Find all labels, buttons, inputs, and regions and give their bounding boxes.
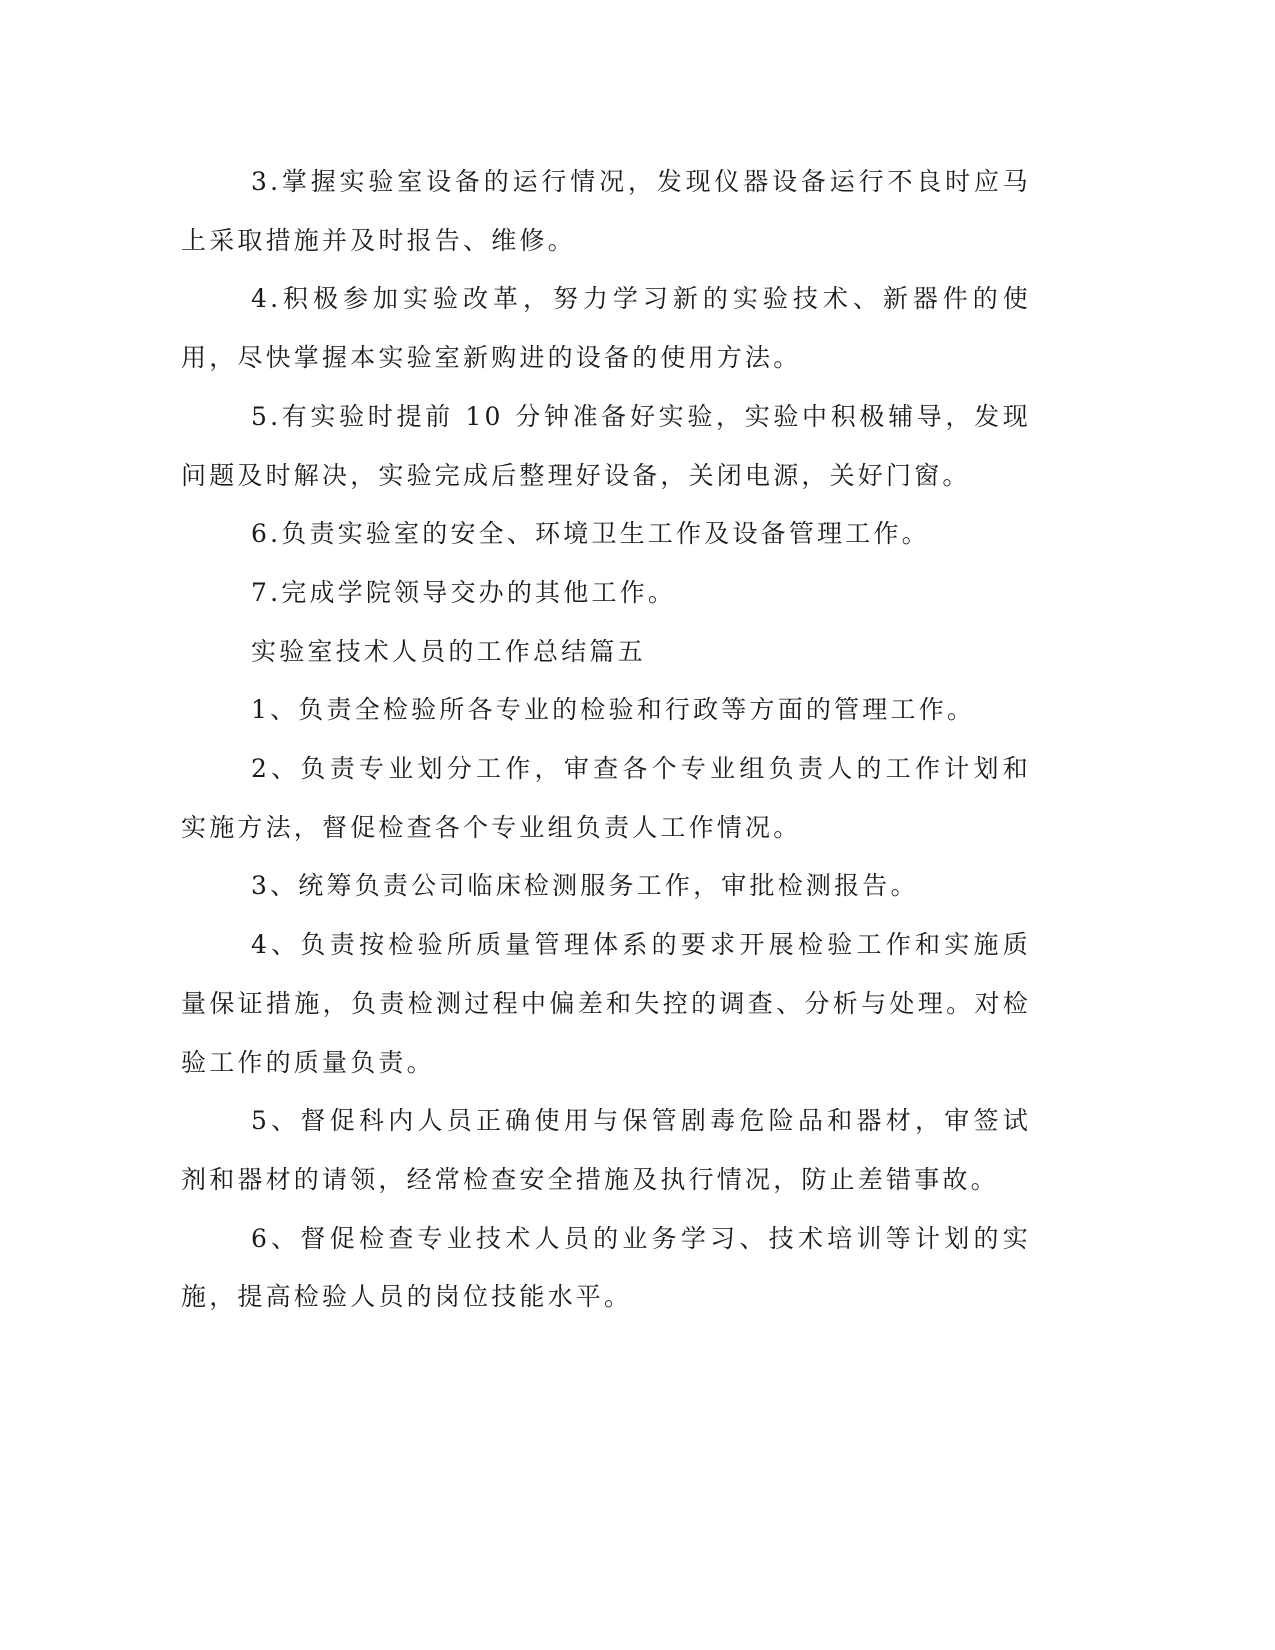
- paragraph-item-4-reform: 4.积极参加实验改革，努力学习新的实验技术、新器件的使用，尽快掌握本实验室新购进…: [181, 270, 1031, 387]
- paragraph-duty-3: 3、统筹负责公司临床检测服务工作，审批检测报告。: [181, 857, 1031, 916]
- paragraph-duty-1: 1、负责全检验所各专业的检验和行政等方面的管理工作。: [181, 681, 1031, 740]
- paragraph-duty-4: 4、负责按检验所质量管理体系的要求开展检验工作和实施质量保证措施，负责检测过程中…: [181, 916, 1031, 1092]
- paragraph-item-5-preparation: 5.有实验时提前 10 分钟准备好实验，实验中积极辅导，发现问题及时解决，实验完…: [181, 388, 1031, 505]
- paragraph-item-3-equipment: 3.掌握实验室设备的运行情况，发现仪器设备运行不良时应马上采取措施并及时报告、维…: [181, 153, 1031, 270]
- paragraph-item-6-safety: 6.负责实验室的安全、环境卫生工作及设备管理工作。: [181, 505, 1031, 564]
- paragraph-duty-5: 5、督促科内人员正确使用与保管剧毒危险品和器材，审签试剂和器材的请领，经常检查安…: [181, 1092, 1031, 1209]
- paragraph-duty-6: 6、督促检查专业技术人员的业务学习、技术培训等计划的实施，提高检验人员的岗位技能…: [181, 1210, 1031, 1327]
- paragraph-duty-2: 2、负责专业划分工作，审查各个专业组负责人的工作计划和实施方法，督促检查各个专业…: [181, 740, 1031, 857]
- paragraph-item-7-other-duties: 7.完成学院领导交办的其他工作。: [181, 564, 1031, 623]
- document-page: 3.掌握实验室设备的运行情况，发现仪器设备运行不良时应马上采取措施并及时报告、维…: [181, 153, 1031, 1327]
- section-heading: 实验室技术人员的工作总结篇五: [181, 623, 1031, 682]
